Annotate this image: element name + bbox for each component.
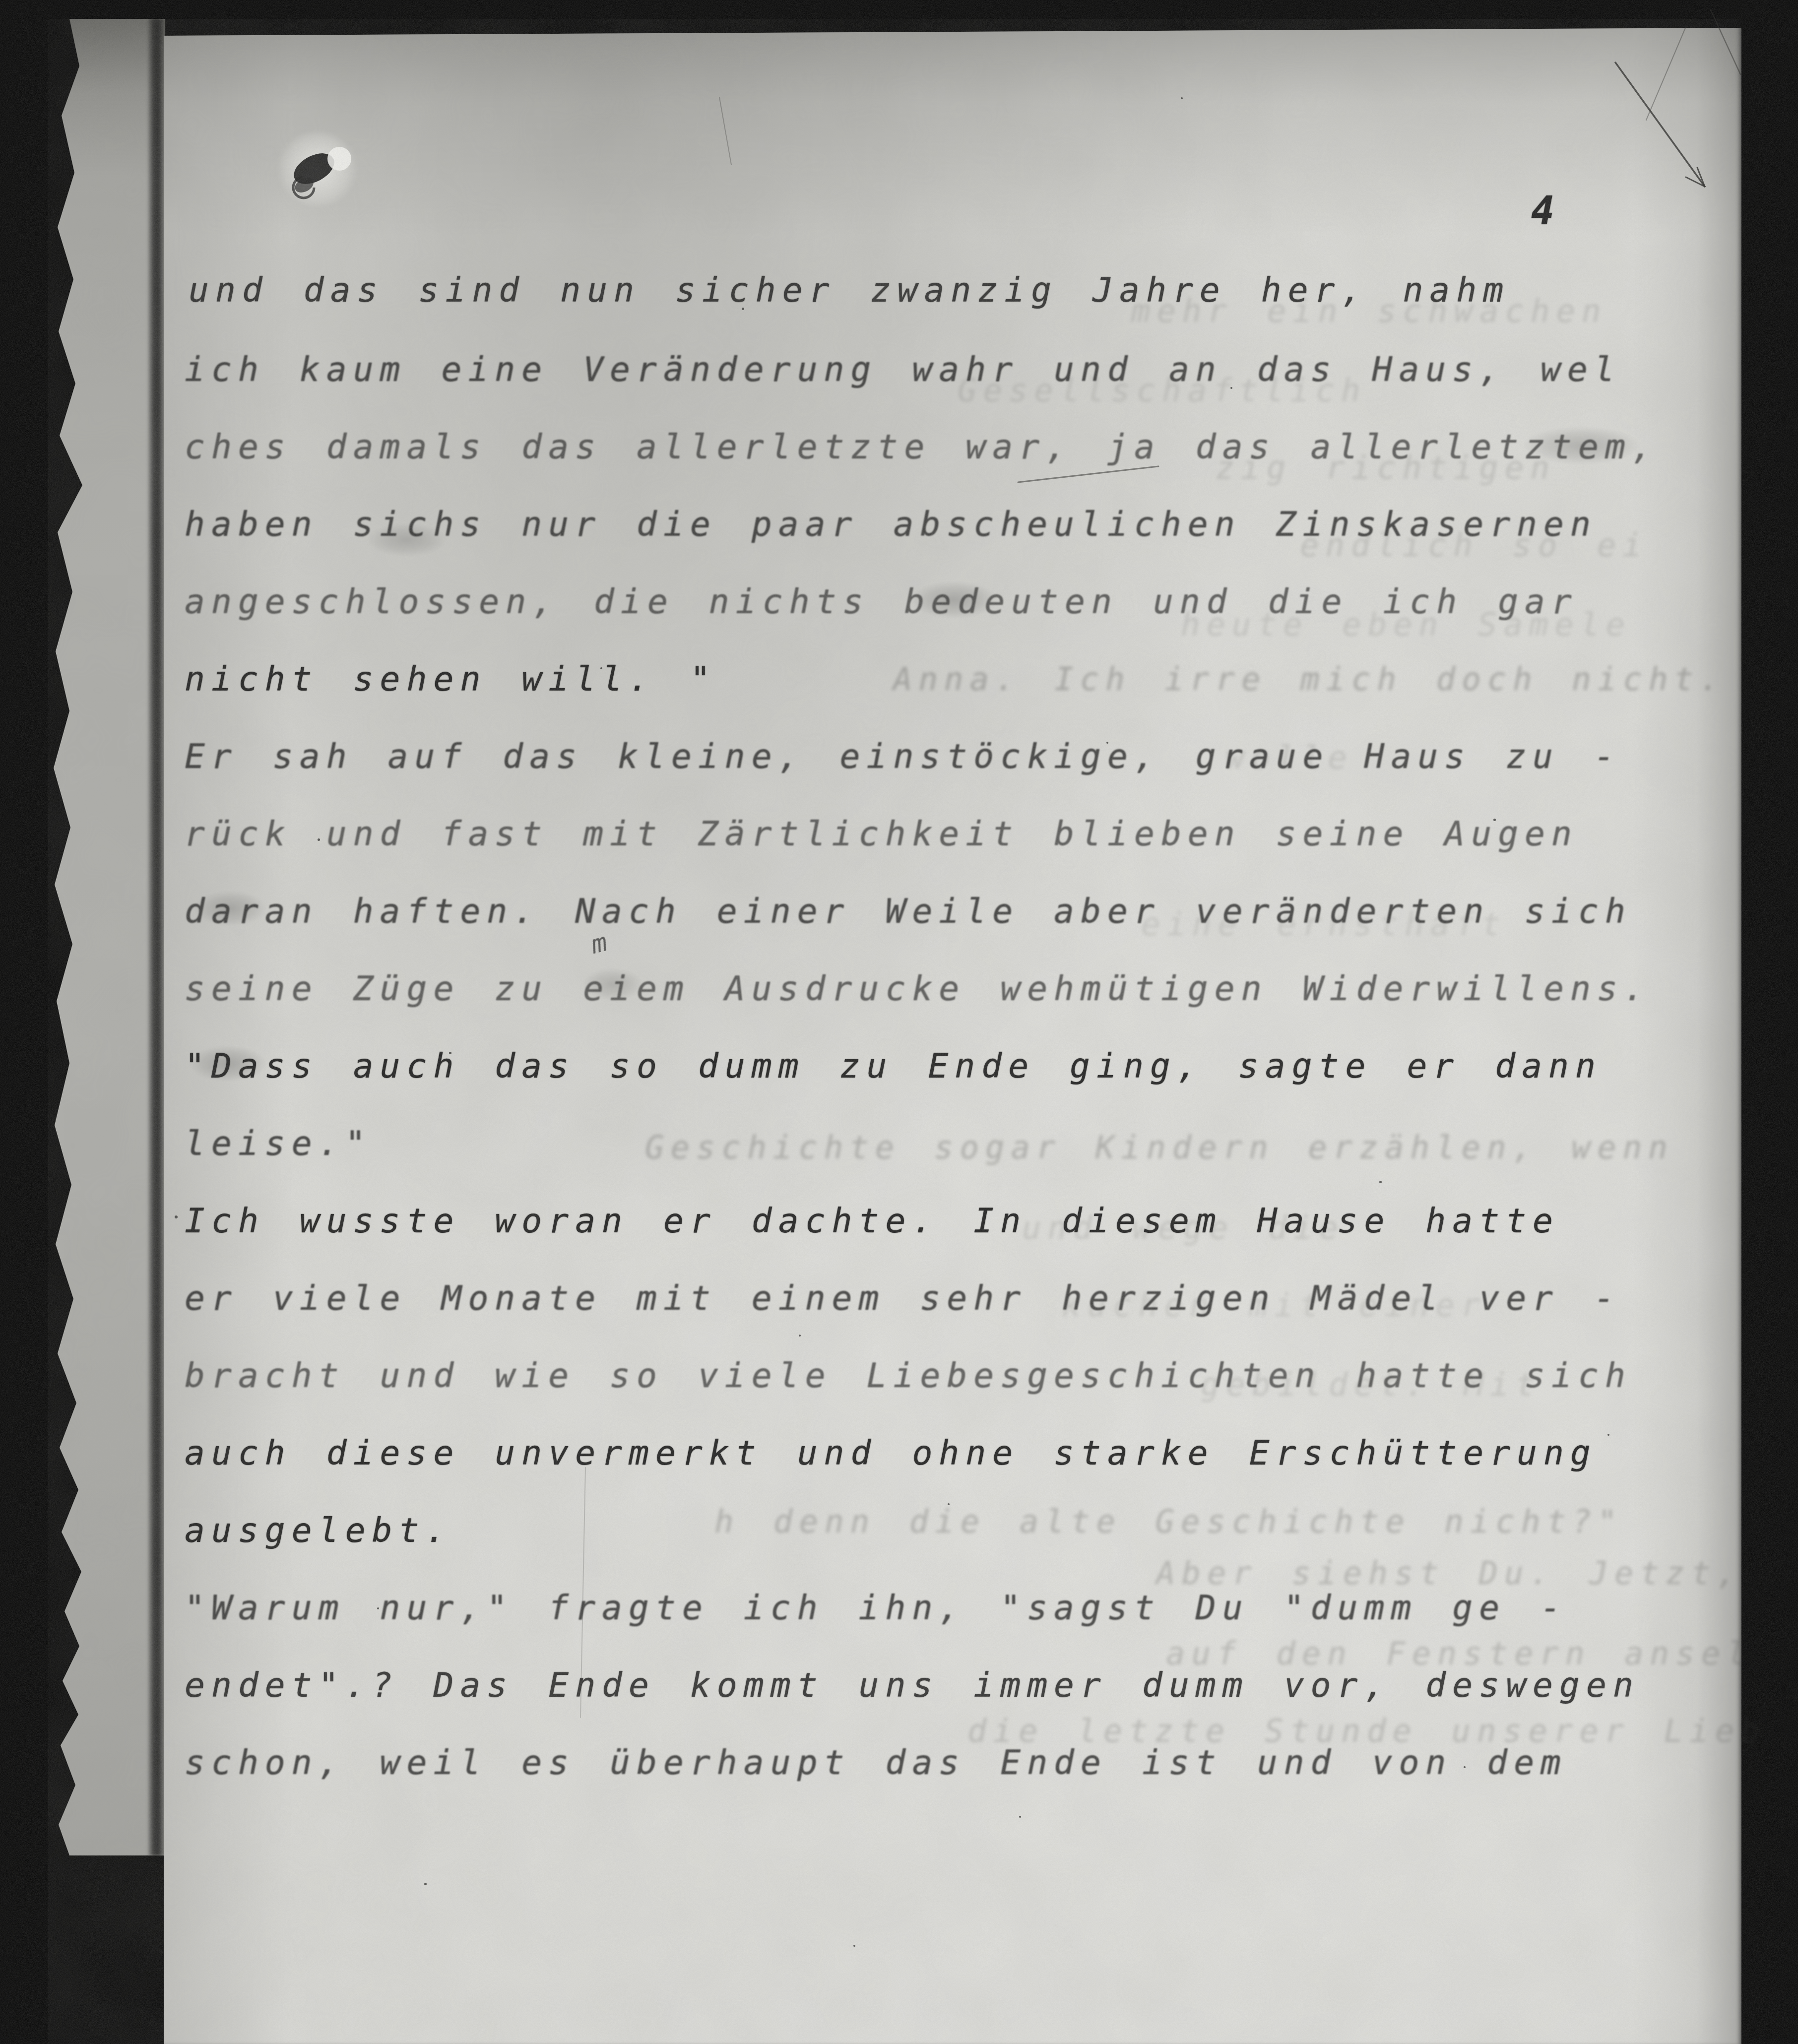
sheet-seam-shadow bbox=[147, 19, 166, 1855]
puncture-halo bbox=[278, 131, 357, 206]
typescript-page bbox=[164, 24, 1741, 2044]
scanned-typescript-page: mehr ein schwachenGesellschaftlichzig ri… bbox=[0, 0, 1798, 2044]
